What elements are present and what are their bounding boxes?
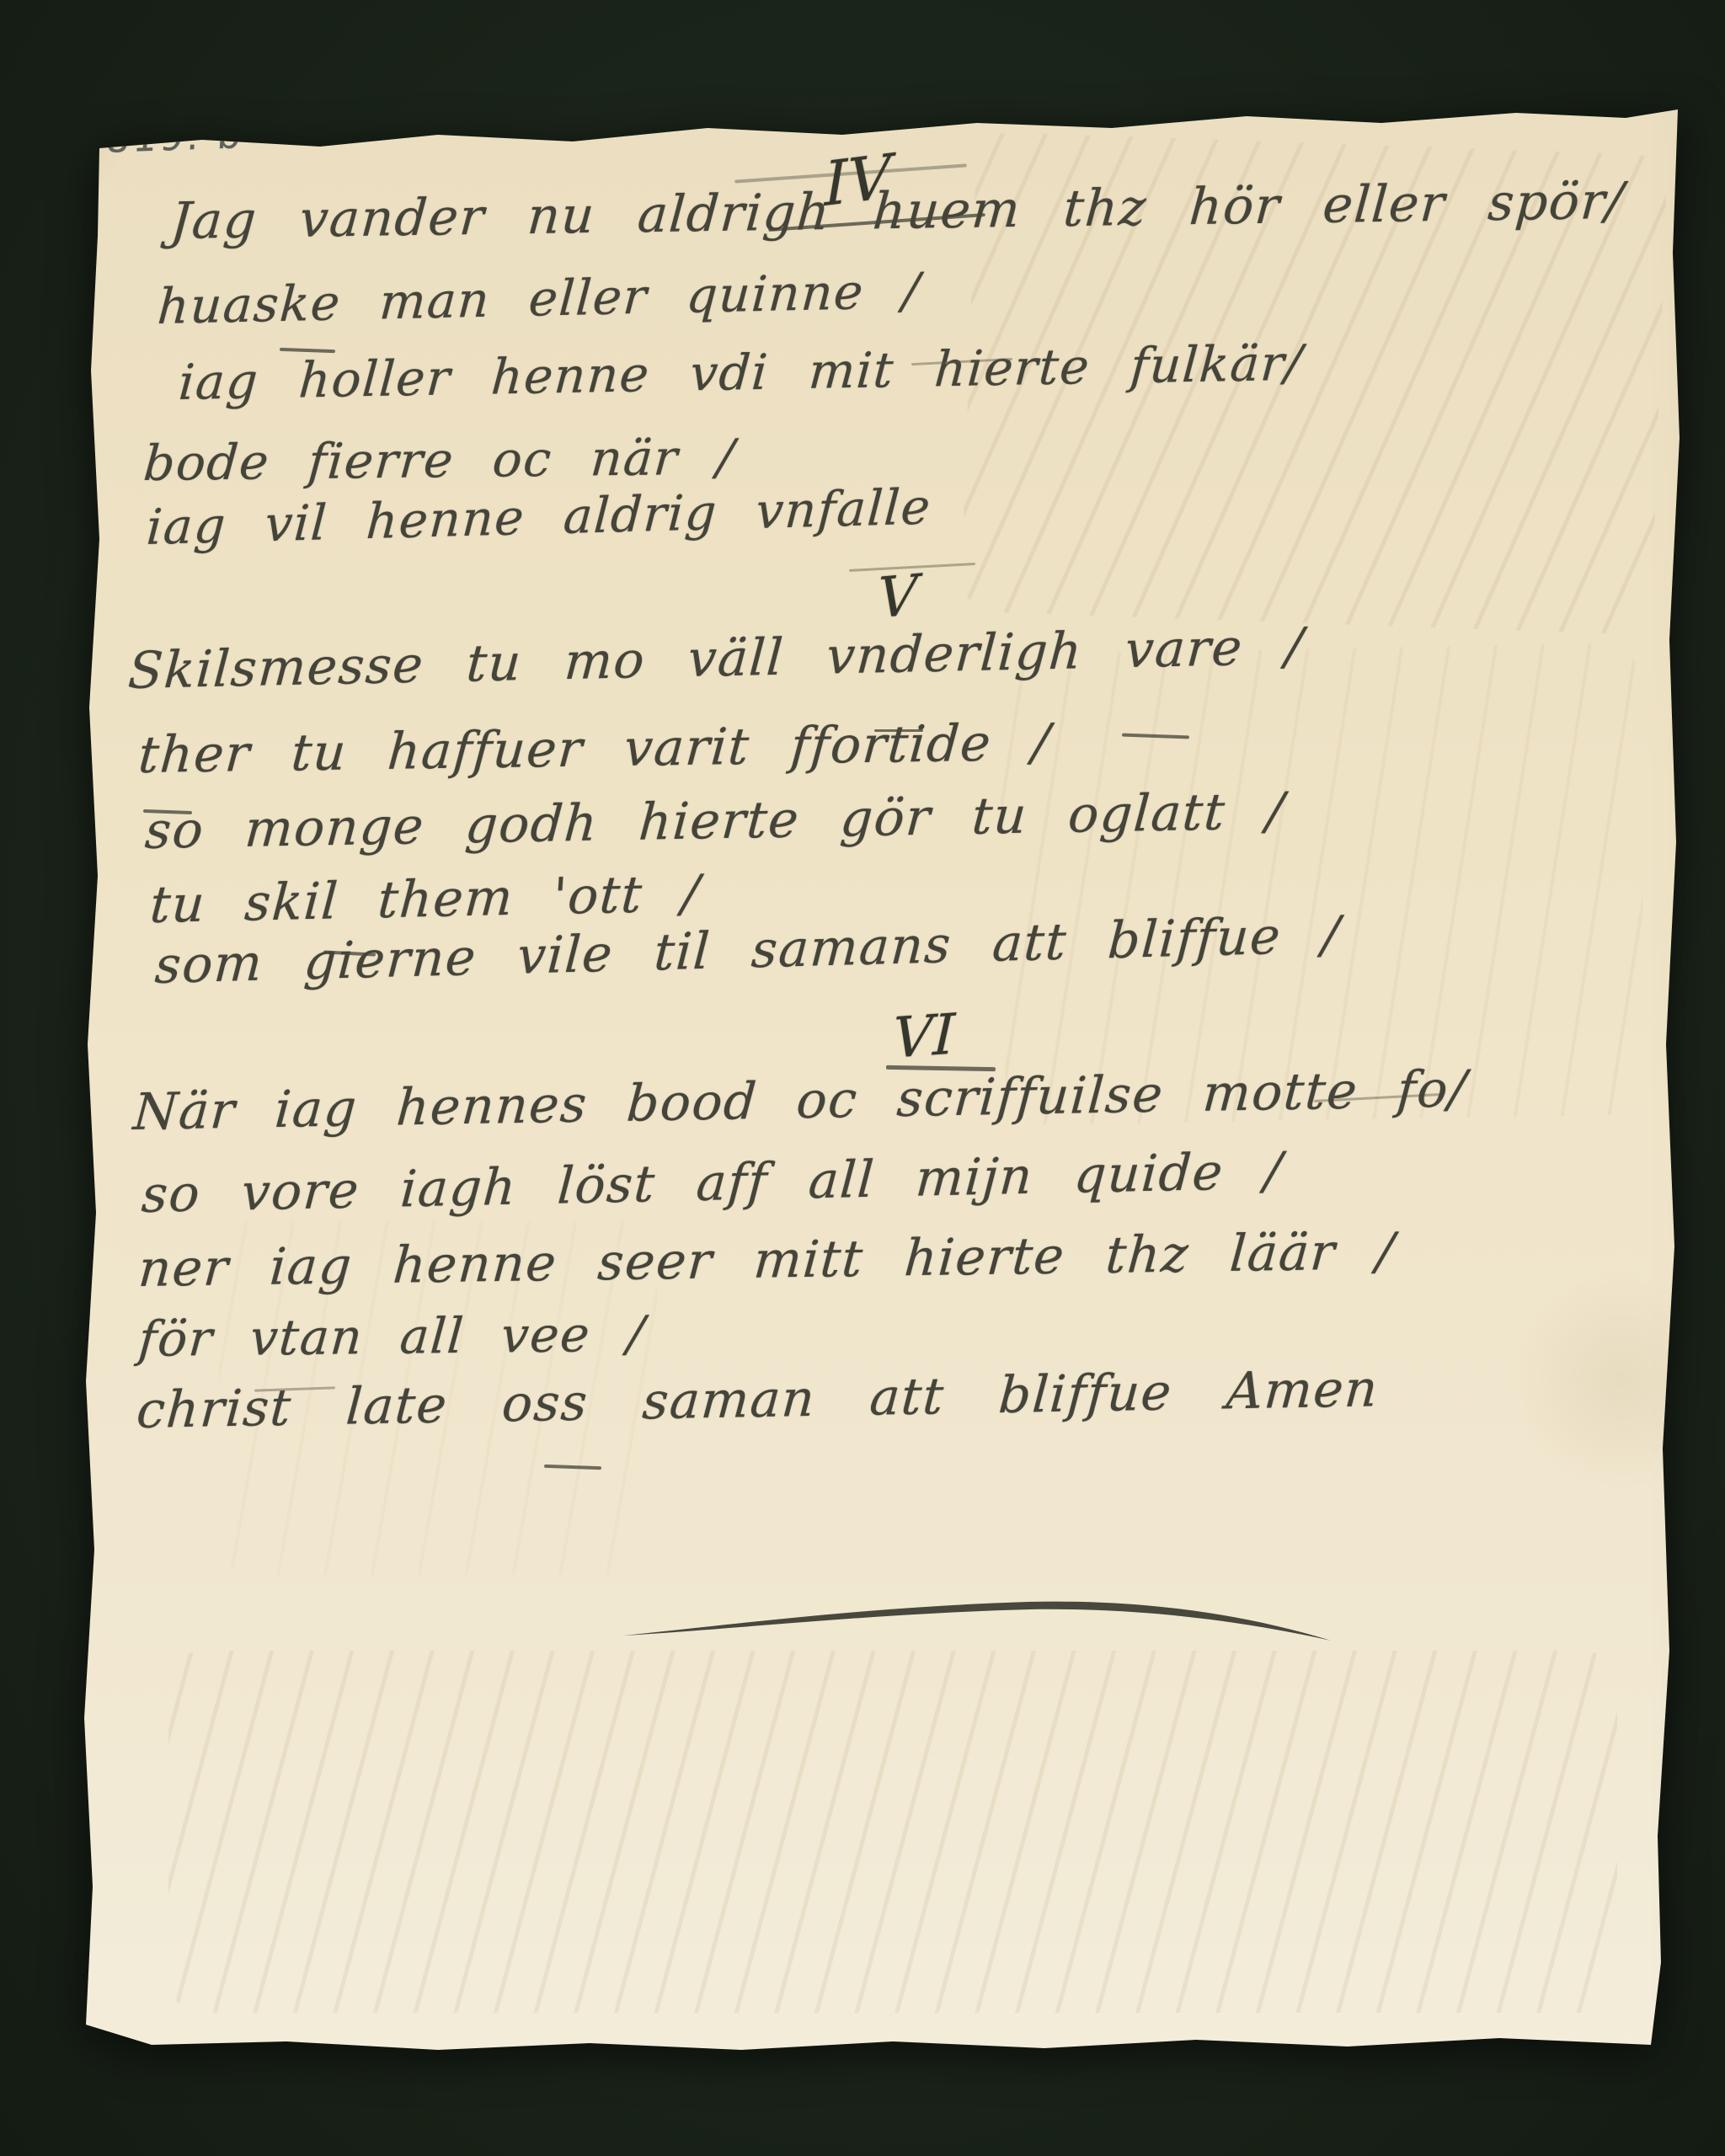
verse-line: bode fierre oc när / [142,429,737,492]
verse-line: christ late oss saman att bliffue Amen [135,1359,1381,1440]
verse-line: huaske man eller quinne / [156,262,922,335]
verse-line: iag holler henne vdi mit hierte fulkär/ [177,334,1305,411]
verse-line: för vtan all vee / [136,1305,648,1368]
bleed-through-texture [168,1651,1617,2013]
verse-line: Skilsmesse tu mo väll vnderligh vare / [126,617,1306,701]
verse-line: so vore iagh löst aff all mijn quide / [140,1142,1284,1225]
stanza-numeral-vi: VI [892,1001,956,1071]
verse-line: Jag vander nu aldrigh huem thz hör eller… [168,172,1626,251]
manuscript-paper: 819. b IV Jag vander nu aldrigh huem thz… [0,0,1725,2156]
verse-line: ner iag henne seer mitt hierte thz läär … [136,1222,1397,1299]
flourish-line [590,1582,1365,1657]
scanned-manuscript-page: 819. b IV Jag vander nu aldrigh huem thz… [0,0,1725,2156]
stanza-numeral-v: V [877,563,918,632]
archive-number: 819. b [104,114,245,162]
verse-line: so monge godh hierte gör tu oglatt / [143,782,1287,861]
verse-line: När iag hennes bood oc scriffuilse motte… [131,1059,1469,1142]
word-underline [544,1465,601,1470]
paper-shadow: 819. b IV Jag vander nu aldrigh huem thz… [0,0,1725,2156]
verse-line: ther tu haffuer varit ffortide / [136,713,1053,785]
bleed-through-texture [998,643,1647,1125]
word-underline [1122,734,1189,739]
